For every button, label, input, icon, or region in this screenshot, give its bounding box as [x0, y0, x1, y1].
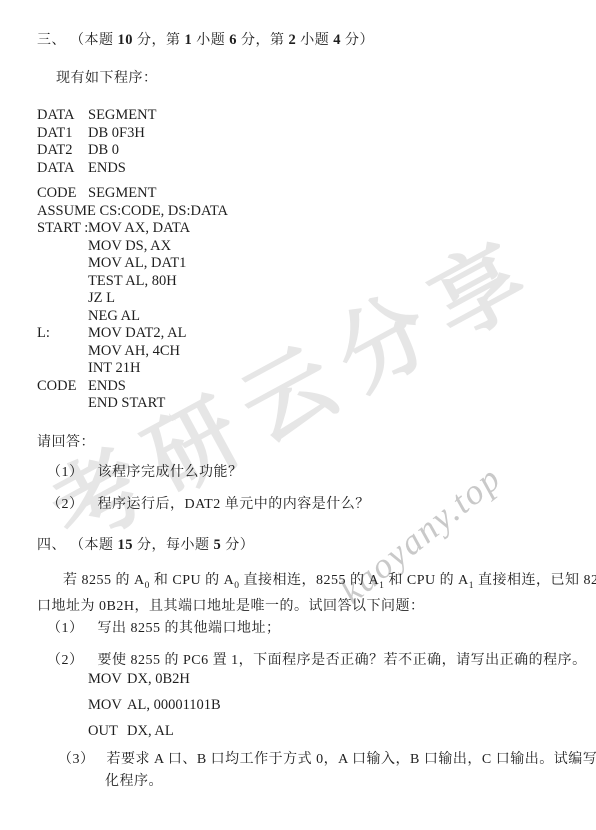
- code-text: MOV AH, 4CH: [88, 343, 180, 359]
- code-operands: AL, 00001101B: [127, 697, 221, 713]
- paragraph-text: 和 CPU 的 A: [384, 573, 468, 588]
- question-number: （3）: [58, 749, 95, 771]
- code-text: MOV DAT2, AL: [88, 325, 186, 341]
- code-text: TEST AL, 80H: [88, 273, 177, 289]
- question-text: 写出 8255 的其他端口地址；: [98, 621, 281, 636]
- code-text: DB 0F3H: [88, 125, 145, 141]
- code-line: DATAENDS: [37, 160, 228, 178]
- paragraph-text: 和 CPU 的 A: [150, 573, 234, 588]
- code-label: DAT2: [37, 142, 72, 160]
- heading-text: 小题: [296, 33, 333, 48]
- code-line: START :MOV AX, DATA: [37, 220, 228, 238]
- asm-code-block: DATASEGMENT DAT1DB 0F3H DAT2DB 0 DATAEND…: [37, 107, 228, 413]
- code-line: MOV DS, AX: [37, 238, 228, 256]
- heading-text: 分，每小题: [133, 538, 214, 553]
- code-line: MOV AL, DAT1: [37, 255, 228, 273]
- code-text: ASSUME CS:CODE, DS:DATA: [37, 203, 228, 219]
- code-line: MOV AH, 4CH: [37, 343, 228, 361]
- code-label: DAT1: [37, 125, 72, 143]
- code-line: END START: [37, 395, 228, 413]
- paragraph-text: 直接相连，8255 的 A: [239, 573, 379, 588]
- code-line: CODESEGMENT: [37, 185, 228, 203]
- question-text: 若要求 A 口、B 口均工作于方式 0，A 口输入，B 口输出，C 口输出。试编…: [107, 752, 596, 767]
- code-line: CODEENDS: [37, 378, 228, 396]
- code-line: ASSUME CS:CODE, DS:DATA: [37, 203, 228, 221]
- question-number: （1）: [47, 617, 84, 637]
- heading-text: 小题: [192, 33, 229, 48]
- paragraph-line: 若 8255 的 A0 和 CPU 的 A0 直接相连，8255 的 A1 和 …: [37, 568, 596, 594]
- paragraph-text: 直接相连，已知 8255 的 C: [474, 573, 596, 588]
- code-label: CODE: [37, 378, 76, 396]
- paragraph-text: 若 8255 的 A: [63, 573, 145, 588]
- code-label: DATA: [37, 160, 75, 178]
- code-text: SEGMENT: [88, 185, 156, 201]
- section3-questions: （1）该程序完成什么功能？ （2）程序运行后，DAT2 单元中的内容是什么？: [47, 461, 370, 513]
- code-line: NEG AL: [37, 308, 228, 326]
- heading-text: 四、 （本题: [37, 538, 118, 553]
- code-mnemonic: MOV: [88, 666, 127, 692]
- code-label: DATA: [37, 107, 75, 125]
- section3-ask-label: 请回答：: [37, 431, 95, 451]
- heading-points: 15: [118, 537, 134, 553]
- code-text: DB 0: [88, 142, 119, 158]
- code-text: END START: [88, 395, 165, 411]
- heading-text: 分，第: [133, 33, 185, 48]
- code-text: JZ L: [88, 290, 115, 306]
- heading-text: 分，第: [237, 33, 289, 48]
- section4-paragraph: 若 8255 的 A0 和 CPU 的 A0 直接相连，8255 的 A1 和 …: [37, 568, 596, 620]
- question-number: （2）: [47, 493, 84, 513]
- section4-heading: 四、 （本题 15 分，每小题 5 分）: [37, 534, 254, 554]
- code-line: MOVDX, 0B2H: [88, 666, 221, 692]
- heading-text: 分）: [221, 538, 254, 553]
- question-number: （2）: [47, 649, 84, 669]
- heading-subq-points: 6: [229, 32, 237, 48]
- question-item: （1）写出 8255 的其他端口地址；: [47, 617, 587, 637]
- code-line: TEST AL, 80H: [37, 273, 228, 291]
- question-number: （1）: [47, 461, 84, 481]
- code-text: SEGMENT: [88, 107, 156, 123]
- heading-text: 三、 （本题: [37, 33, 118, 48]
- question-line-continuation: 化程序。: [105, 771, 596, 793]
- code-line: DAT1DB 0F3H: [37, 125, 228, 143]
- io-code-block: MOVDX, 0B2H MOVAL, 00001101B OUTDX, AL: [88, 666, 221, 744]
- question-item: （1）该程序完成什么功能？: [47, 461, 370, 481]
- code-line: MOVAL, 00001101B: [88, 692, 221, 718]
- heading-text: 分）: [341, 33, 374, 48]
- scanned-exam-page: 考研云分享 kaoyany.top 三、 （本题 10 分，第 1 小题 6 分…: [0, 0, 596, 830]
- code-operands: DX, 0B2H: [127, 671, 190, 687]
- question-item-3: （3）若要求 A 口、B 口均工作于方式 0，A 口输入，B 口输出，C 口输出…: [58, 749, 596, 793]
- section3-intro: 现有如下程序：: [56, 67, 158, 87]
- code-line: DAT2DB 0: [37, 142, 228, 160]
- code-label: CODE: [37, 185, 76, 203]
- code-line: L:MOV DAT2, AL: [37, 325, 228, 343]
- code-text: INT 21H: [88, 360, 141, 376]
- code-text: NEG AL: [88, 308, 140, 324]
- code-line: INT 21H: [37, 360, 228, 378]
- code-line: OUTDX, AL: [88, 718, 221, 744]
- code-mnemonic: OUT: [88, 718, 127, 744]
- question-line: （3）若要求 A 口、B 口均工作于方式 0，A 口输入，B 口输出，C 口输出…: [58, 749, 596, 771]
- question-text: 程序运行后，DAT2 单元中的内容是什么？: [98, 497, 370, 512]
- code-text: MOV AX, DATA: [88, 220, 190, 236]
- question-item: （2）程序运行后，DAT2 单元中的内容是什么？: [47, 493, 370, 513]
- section3-heading: 三、 （本题 10 分，第 1 小题 6 分，第 2 小题 4 分）: [37, 29, 374, 49]
- question-text: 该程序完成什么功能？: [98, 465, 243, 480]
- code-text: MOV AL, DAT1: [88, 255, 186, 271]
- code-mnemonic: MOV: [88, 692, 127, 718]
- code-line: DATASEGMENT: [37, 107, 228, 125]
- code-label: START :: [37, 220, 88, 238]
- code-text: ENDS: [88, 378, 126, 394]
- code-line: JZ L: [37, 290, 228, 308]
- code-text: ENDS: [88, 160, 126, 176]
- code-operands: DX, AL: [127, 723, 174, 739]
- heading-subq-points: 4: [333, 32, 341, 48]
- heading-points: 10: [118, 32, 134, 48]
- code-text: MOV DS, AX: [88, 238, 171, 254]
- code-label: L:: [37, 325, 50, 343]
- section4-questions: （1）写出 8255 的其他端口地址； （2）要使 8255 的 PC6 置 1…: [47, 617, 587, 669]
